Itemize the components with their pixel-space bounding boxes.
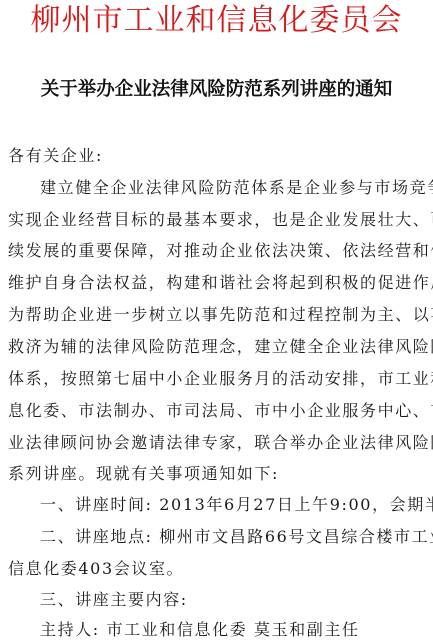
host-line: 主持人: 市工业和信息化委 莫玉和副主任	[40, 620, 433, 640]
salutation: 各有关企业:	[8, 146, 428, 166]
body-line-10: 系列讲座。现就有关事项通知如下:	[8, 464, 428, 484]
body-line-7: 体系，按照第七届中小企业服务月的活动安排，市工业和信	[8, 369, 428, 389]
body-line-4: 维护自身合法权益，构建和谐社会将起到积极的促进作用。	[8, 273, 428, 293]
body-line-9: 业法律顾问协会邀请法律专家，联合举办企业法律风险防范	[8, 433, 428, 453]
item-lecture-venue: 二、讲座地点: 柳州市文昌路66号文昌综合楼市工业和	[40, 527, 433, 547]
body-line-1: 建立健全企业法律风险防范体系是企业参与市场竞争、	[40, 178, 433, 198]
item-lecture-venue-cont: 信息化委403会议室。	[8, 559, 428, 579]
body-line-6: 救济为辅的法律风险防范理念，建立健全企业法律风险防范	[8, 337, 428, 357]
notice-title: 关于举办企业法律风险防范系列讲座的通知	[0, 78, 433, 102]
item-lecture-content: 三、讲座主要内容:	[40, 590, 433, 610]
item-lecture-time: 一、讲座时间: 2013年6月27日上午9:00，会期半天。	[40, 495, 433, 515]
masthead: 柳州市工业和信息化委员会	[0, 4, 433, 38]
body-line-5: 为帮助企业进一步树立以事先防范和过程控制为主、以事后	[8, 305, 428, 325]
body-line-3: 续发展的重要保障，对推动企业依法决策、依法经营和依法	[8, 241, 428, 261]
body-line-2: 实现企业经营目标的最基本要求，也是企业发展壮大、可持	[8, 210, 428, 230]
body-line-8: 息化委、市法制办、市司法局、市中小企业服务中心、市企	[8, 401, 428, 421]
